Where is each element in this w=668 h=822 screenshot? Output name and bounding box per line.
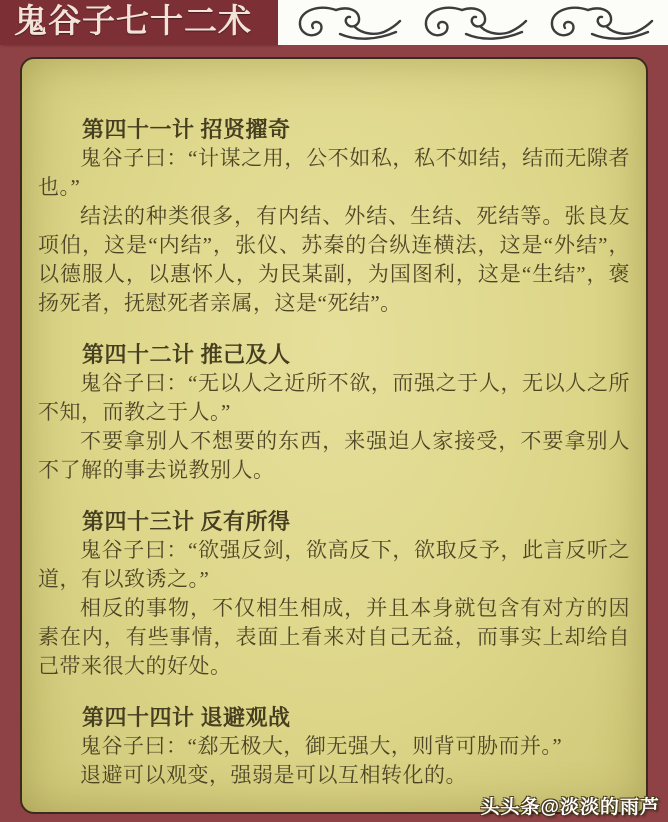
explanation-paragraph: 相反的事物，不仅相生相成，并且本身就包含有对方的因素在内，有些事情，表面上看来对…: [38, 594, 630, 681]
quote-paragraph: 鬼谷子曰：“无以人之近所不欲，而强之于人，无以人之所不知，而教之于人。”: [38, 369, 630, 427]
watermark-author: 头头条@淡淡的雨芦: [480, 792, 660, 819]
cloud-wave-icon: [288, 3, 406, 43]
section-heading: 第四十四计 退避观战: [38, 703, 630, 732]
section-heading: 第四十一计 招贤擢奇: [38, 115, 630, 144]
guiguzi-article-page: 鬼谷子七十二术 第四十一计 招贤: [0, 0, 668, 822]
page-title: 鬼谷子七十二术: [14, 6, 252, 39]
section-heading: 第四十三计 反有所得: [38, 507, 630, 536]
section-heading: 第四十二计 推己及人: [38, 340, 630, 369]
page-header: 鬼谷子七十二术: [0, 0, 668, 45]
explanation-paragraph: 退避可以观变，强弱是可以互相转化的。: [38, 761, 630, 790]
cloud-wave-icon: [540, 3, 658, 43]
title-bar: 鬼谷子七十二术: [0, 0, 278, 45]
cloud-wave-icon: [414, 3, 532, 43]
section-strategy-43: 第四十三计 反有所得 鬼谷子曰：“欲强反剑，欲高反下，欲取反予，此言反听之道，有…: [38, 507, 630, 681]
section-strategy-42: 第四十二计 推己及人 鬼谷子曰：“无以人之近所不欲，而强之于人，无以人之所不知，…: [38, 340, 630, 485]
explanation-paragraph: 结法的种类很多，有内结、外结、生结、死结等。张良友项伯，这是“内结”，张仪、苏秦…: [38, 202, 630, 318]
ornament-strip: [278, 0, 668, 45]
content-panel: 第四十一计 招贤擢奇 鬼谷子曰：“计谋之用，公不如私，私不如结，结而无隙者也。”…: [20, 57, 648, 814]
explanation-paragraph: 不要拿别人不想要的东西，来强迫人家接受，不要拿别人不了解的事去说教别人。: [38, 427, 630, 485]
section-strategy-44: 第四十四计 退避观战 鬼谷子曰：“郄无极大，御无强大，则背可胁而并。” 退避可以…: [38, 703, 630, 790]
quote-paragraph: 鬼谷子曰：“郄无极大，御无强大，则背可胁而并。”: [38, 732, 630, 761]
quote-paragraph: 鬼谷子曰：“计谋之用，公不如私，私不如结，结而无隙者也。”: [38, 144, 630, 202]
quote-paragraph: 鬼谷子曰：“欲强反剑，欲高反下，欲取反予，此言反听之道，有以致诱之。”: [38, 536, 630, 594]
section-strategy-41: 第四十一计 招贤擢奇 鬼谷子曰：“计谋之用，公不如私，私不如结，结而无隙者也。”…: [38, 115, 630, 318]
